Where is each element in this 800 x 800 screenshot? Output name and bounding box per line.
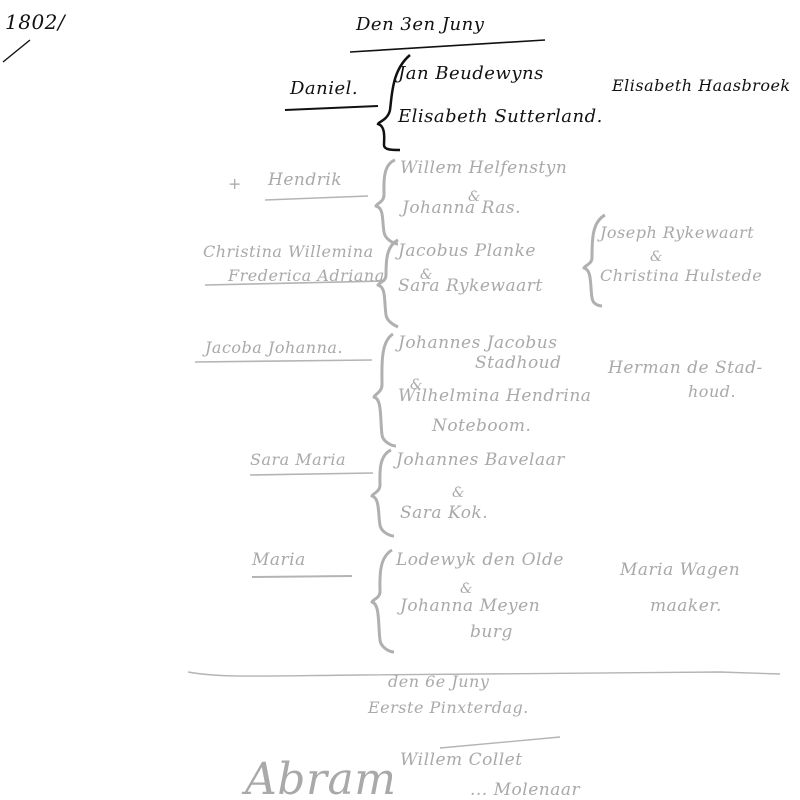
mother-name: Sara Kok. (400, 505, 488, 522)
witness-name: Herman de Stad- (608, 360, 763, 377)
mother-name: Sara Rykewaart (398, 278, 543, 295)
mother-name: Wilhelmina Hendrina (398, 388, 591, 405)
register-page: 1802/ Den 3en Juny Daniel. Jan Beudewyns… (0, 0, 800, 800)
mother-name: ... Molenaar (470, 782, 580, 799)
child-name-line2: Frederica Adriana (228, 268, 385, 284)
mother-name-line2: Noteboom. (432, 418, 531, 435)
father-name: Johannes Bavelaar (396, 452, 565, 469)
child-name: Daniel. (290, 80, 358, 98)
mother-name: Elisabeth Sutterland. (398, 108, 603, 126)
father-name: Johannes Jacobus (398, 335, 557, 352)
father-name: Lodewyk den Olde (396, 552, 564, 569)
mother-name: Johanna Ras. (402, 200, 521, 217)
witness-name-2: Christina Hulstede (600, 268, 762, 284)
child-name: Hendrik (268, 172, 342, 189)
date-heading-june-6: den 6e Juny (388, 674, 489, 690)
witness-name: Joseph Rykewaart (600, 225, 754, 241)
child-name: Maria (252, 552, 306, 569)
father-name-line2: Stadhoud (475, 355, 562, 372)
witness-name-line2: maaker. (650, 598, 722, 615)
year-marker: 1802/ (5, 12, 65, 32)
feast-day-heading: Eerste Pinxterdag. (368, 700, 529, 716)
child-name: Abram (245, 758, 396, 800)
witness-name: Maria Wagen (620, 562, 740, 579)
father-name: Jacobus Planke (398, 243, 536, 260)
conjunction: & (460, 582, 473, 596)
father-name: Jan Beudewyns (398, 65, 544, 83)
date-heading-june-3: Den 3en Juny (356, 16, 484, 34)
conjunction: & (452, 486, 465, 500)
father-name: Willem Collet (400, 752, 523, 769)
child-name: Jacoba Johanna. (205, 340, 343, 356)
child-name: Sara Maria (250, 452, 346, 468)
child-name: Christina Willemina (203, 244, 374, 260)
witness-name-line2: houd. (688, 384, 736, 400)
deceased-marker: + (228, 176, 242, 192)
mother-name: Johanna Meyen (400, 598, 540, 615)
father-name: Willem Helfenstyn (400, 160, 567, 177)
witness-name: Elisabeth Haasbroek (612, 78, 791, 94)
mother-name-line2: burg (470, 624, 513, 641)
witness-conjunction: & (650, 250, 663, 264)
